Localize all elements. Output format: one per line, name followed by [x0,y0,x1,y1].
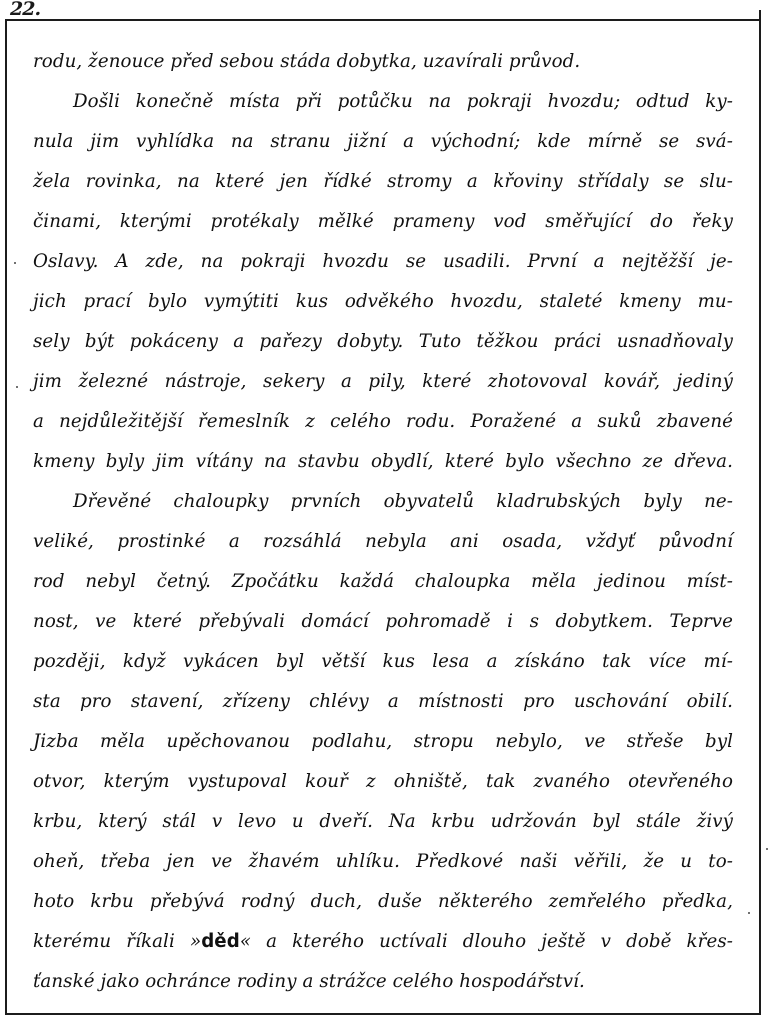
text-line: sely být pokáceny a pařezy dobyty. Tuto … [33,322,733,362]
text-line: ťanské jako ochránce rodiny a strážce ce… [33,962,733,1002]
scan-speck [748,912,750,914]
text-segment: « a kterého uctívali dlouho ještě v době… [240,931,733,952]
text-line: otvor, kterým vystupoval kouř z ohniště,… [33,762,733,802]
text-line: hoto krbu přebývá rodný duch, duše někte… [33,882,733,922]
scan-speck [14,262,16,264]
handwritten-text-block: rodu, ženouce před sebou stáda dobytka, … [33,42,733,1002]
emphasized-word: děd [201,931,240,952]
text-line: nula jim vyhlídka na stranu jižní a vých… [33,122,733,162]
text-segment: kterému říkali » [33,931,201,952]
scan-speck [766,848,768,850]
text-line: Oslavy. A zde, na pokraji hvozdu se usad… [33,242,733,282]
text-line: později, když vykácen byl větší kus lesa… [33,642,733,682]
text-line: rod nebyl četný. Zpočátku každá chaloupk… [33,562,733,602]
text-line: a nejdůležitější řemeslník z celého rodu… [33,402,733,442]
text-line: činami, kterými protékaly mělké prameny … [33,202,733,242]
text-line: sta pro stavení, zřízeny chlévy a místno… [33,682,733,722]
text-line: nost, ve které přebývali domácí pohromad… [33,602,733,642]
text-line: Dřevěné chaloupky prvních obyvatelů klad… [33,482,733,522]
text-line: oheň, třeba jen ve žhavém uhlíku. Předko… [33,842,733,882]
page-number: 22. [10,0,40,20]
text-line: žela rovinka, na které jen řídké stromy … [33,162,733,202]
text-line: rodu, ženouce před sebou stáda dobytka, … [33,42,733,82]
text-line: jich prací bylo vymýtiti kus odvěkého hv… [33,282,733,322]
text-line-with-emphasis: kterému říkali »děd« a kterého uctívali … [33,922,733,962]
scan-speck [16,386,18,388]
text-line: Jizba měla upěchovanou podlahu, stropu n… [33,722,733,762]
text-line: krbu, který stál v levo u dveří. Na krbu… [33,802,733,842]
text-line: kmeny byly jim vítány na stavbu obydlí, … [33,442,733,482]
text-line: veliké, prostinké a rozsáhlá nebyla ani … [33,522,733,562]
text-line: Došli konečně místa při potůčku na pokra… [33,82,733,122]
text-line: jim železné nástroje, sekery a pily, kte… [33,362,733,402]
